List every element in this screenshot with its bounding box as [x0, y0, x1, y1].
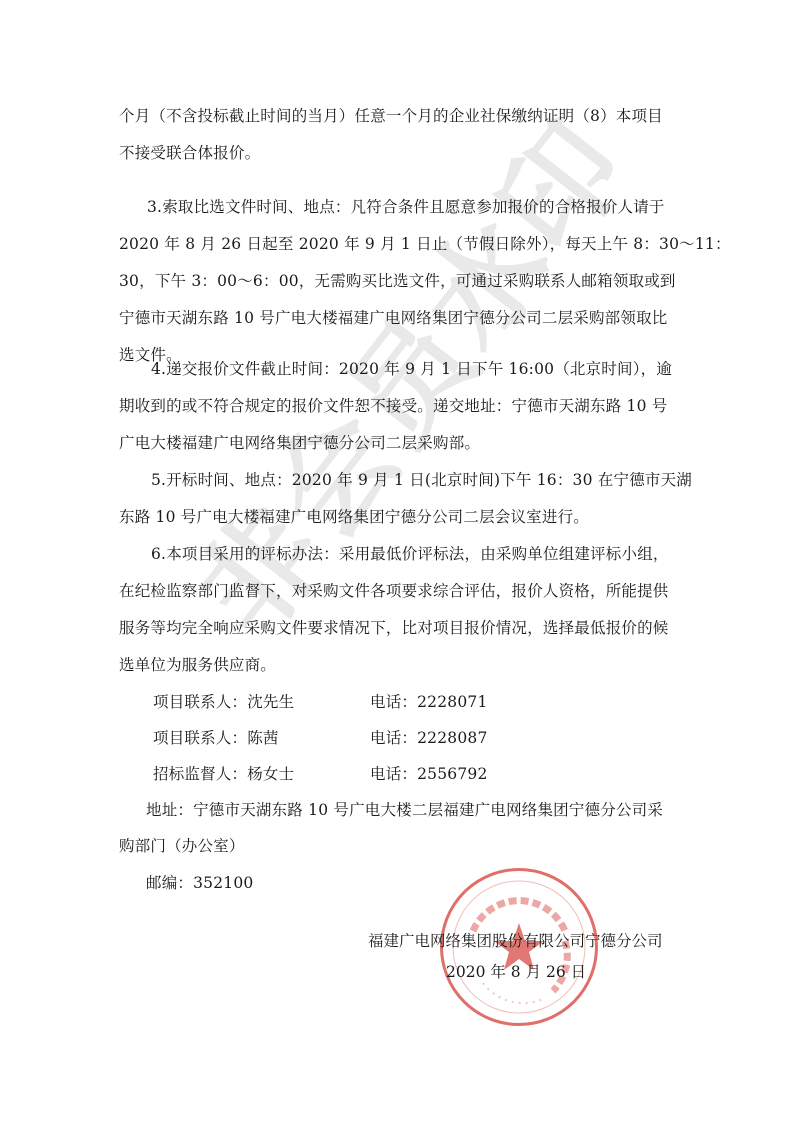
- paragraph-line: 在纪检监察部门监督下，对采购文件各项要求综合评估，报价人资格，所能提供: [119, 581, 669, 601]
- contact-role: 项目联系人：沈先生: [153, 692, 294, 712]
- paragraph-line: 期收到的或不符合规定的报价文件恕不接受。递交地址：宁德市天湖东路 10 号: [119, 396, 667, 416]
- signature-date: 2020 年 8 月 26 日: [446, 960, 586, 982]
- paragraph-line: 30，下午 3：00～6：00，无需购买比选文件，可通过采购联系人邮箱领取或到: [119, 271, 676, 291]
- paragraph-line: 5.开标时间、地点：2020 年 9 月 1 日(北京时间)下午 16：30 在…: [151, 470, 692, 490]
- signature-company: 福建广电网络集团股份有限公司宁德分公司: [368, 929, 663, 951]
- paragraph-line: 个月（不含投标截止时间的当月）任意一个月的企业社保缴纳证明（8）本项目: [119, 106, 663, 126]
- paragraph-line: 服务等均完全响应采购文件要求情况下，比对项目报价情况，选择最低报价的候: [119, 618, 669, 638]
- paragraph-line: 4.递交报价文件截止时间：2020 年 9 月 1 日下午 16:00（北京时间…: [151, 359, 672, 379]
- paragraph-line: 3.索取比选文件时间、地点：凡符合条件且愿意参加报价的合格报价人请于: [147, 197, 665, 217]
- address-line: 购部门（办公室）: [119, 836, 245, 856]
- paragraph-line: 宁德市天湖东路 10 号广电大楼福建广电网络集团宁德分公司二层采购部领取比: [119, 308, 667, 328]
- contact-role: 项目联系人：陈茜: [153, 728, 279, 748]
- address-line: 地址：宁德市天湖东路 10 号广电大楼二层福建广电网络集团宁德分公司采: [146, 800, 663, 820]
- postcode: 邮编：352100: [146, 873, 253, 893]
- paragraph-line: 东路 10 号广电大楼福建广电网络集团宁德分公司二层会议室进行。: [119, 507, 589, 527]
- paragraph-line: 2020 年 8 月 26 日起至 2020 年 9 月 1 日止（节假日除外）…: [119, 234, 731, 254]
- paragraph-line: 广电大楼福建广电网络集团宁德分公司二层采购部。: [119, 433, 480, 453]
- paragraph-line: 不接受联合体报价。: [119, 143, 260, 163]
- contact-phone: 电话：2228071: [370, 692, 488, 712]
- paragraph-line: 选单位为服务供应商。: [119, 655, 276, 675]
- contact-phone: 电话：2556792: [370, 764, 488, 784]
- contact-phone: 电话：2228087: [370, 728, 488, 748]
- paragraph-line: 6.本项目采用的评标办法：采用最低价评标法，由采购单位组建评标小组，: [151, 544, 669, 564]
- document-page: 非会员水印 个月（不含投标截止时间的当月）任意一个月的企业社保缴纳证明（8）本项…: [0, 0, 793, 1121]
- contact-role: 招标监督人：杨女士: [153, 764, 294, 784]
